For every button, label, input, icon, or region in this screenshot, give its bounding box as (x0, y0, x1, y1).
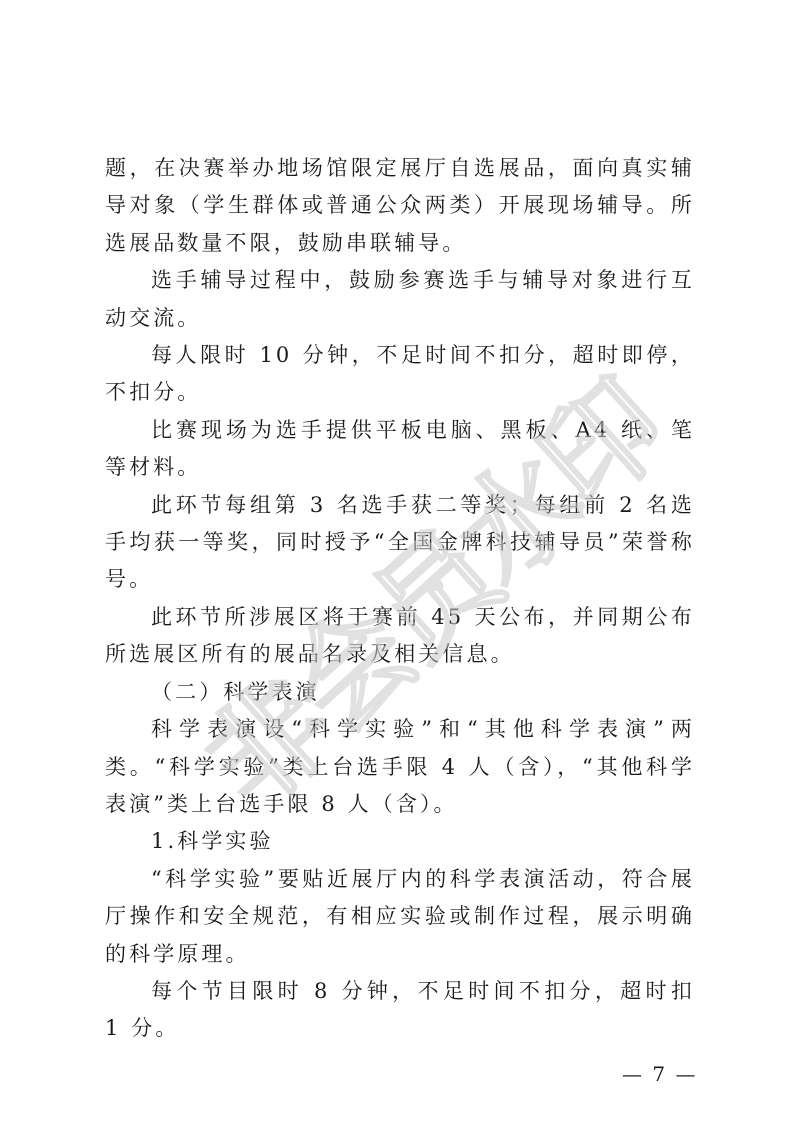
paragraph: 此环节每组第 3 名选手获二等奖；每组前 2 名选手均获一等奖，同时授予“全国金… (105, 487, 695, 599)
paragraph: 每个节目限时 8 分钟，不足时间不扣分，超时扣 1 分。 (105, 973, 695, 1048)
document-page: 题，在决赛举办地场馆限定展厅自选展品，面向真实辅导对象（学生群体或普通公众两类）… (0, 0, 794, 1122)
paragraph: 科学表演设“科学实验”和“其他科学表演”两类。“科学实验”类上台选手限 4 人（… (105, 711, 695, 823)
document-body: 题，在决赛举办地场馆限定展厅自选展品，面向真实辅导对象（学生群体或普通公众两类）… (105, 150, 695, 1048)
section-heading: （二）科学表演 (105, 674, 695, 711)
paragraph: “科学实验”要贴近展厅内的科学表演活动，符合展厅操作和安全规范，有相应实验或制作… (105, 861, 695, 973)
paragraph: 选手辅导过程中，鼓励参赛选手与辅导对象进行互动交流。 (105, 262, 695, 337)
paragraph: 比赛现场为选手提供平板电脑、黑板、A4 纸、笔等材料。 (105, 412, 695, 487)
subsection-heading: 1.科学实验 (105, 823, 695, 860)
paragraph: 题，在决赛举办地场馆限定展厅自选展品，面向真实辅导对象（学生群体或普通公众两类）… (105, 150, 695, 262)
page-number: — 7 — (622, 1062, 697, 1086)
paragraph: 每人限时 10 分钟，不足时间不扣分，超时即停，不扣分。 (105, 337, 695, 412)
paragraph: 此环节所涉展区将于赛前 45 天公布，并同期公布所选展区所有的展品名录及相关信息… (105, 599, 695, 674)
